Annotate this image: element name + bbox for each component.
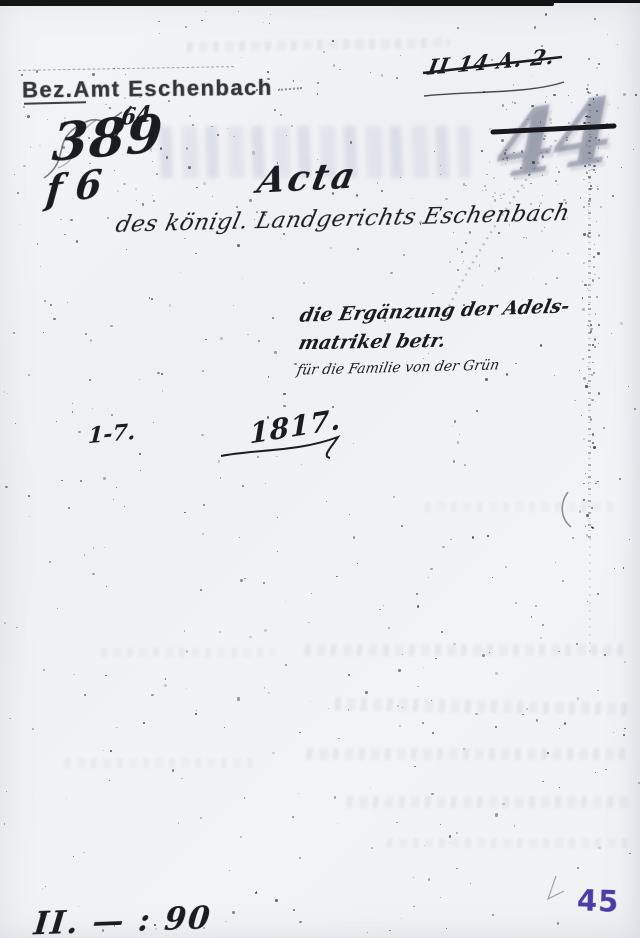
registry-number-suffix: 64 [121, 101, 152, 132]
ghost-writing-line [300, 644, 630, 656]
subject-line-2: matrikel betr. [296, 330, 448, 355]
ghost-writing-line [302, 748, 630, 760]
court-subtitle: des königl. Landgerichts Eschenbach [113, 200, 572, 238]
old-signature-crossed: II 14 A. 2. [426, 43, 558, 80]
ghost-writing-line [96, 648, 276, 657]
district-office-stamp: Bez.Amt Eschenbach [22, 75, 302, 104]
ghost-writing-line [182, 38, 450, 53]
registry-note: f 6 [44, 160, 104, 213]
faded-folio-number: 44 [496, 76, 611, 199]
document-title: Acta [254, 155, 361, 202]
archive-page-number: 45 [576, 883, 620, 918]
scanned-document-page: Bez.Amt Eschenbach 389 64 f 6 II 14 A. 2… [0, 0, 640, 938]
page-fold-crease [588, 92, 591, 538]
subject-line-3: für die Familie von der Grün [296, 357, 501, 378]
stamp-underline [24, 101, 86, 105]
scan-edge-bar-left [0, 0, 554, 6]
ghost-writing-line [382, 838, 630, 848]
ghost-writing-line [330, 697, 630, 715]
page-fold-crease-faint [589, 538, 591, 658]
footer-fragment: II. — : 90 [32, 900, 213, 938]
document-range: 1-7. [87, 419, 136, 449]
stamp-frame-line [18, 66, 234, 71]
subject-line-1: die Ergänzung der Adels- [298, 295, 572, 327]
year-label: 1817. [249, 403, 341, 451]
ghost-writing-line [60, 758, 260, 768]
ghost-writing-line [342, 796, 630, 808]
